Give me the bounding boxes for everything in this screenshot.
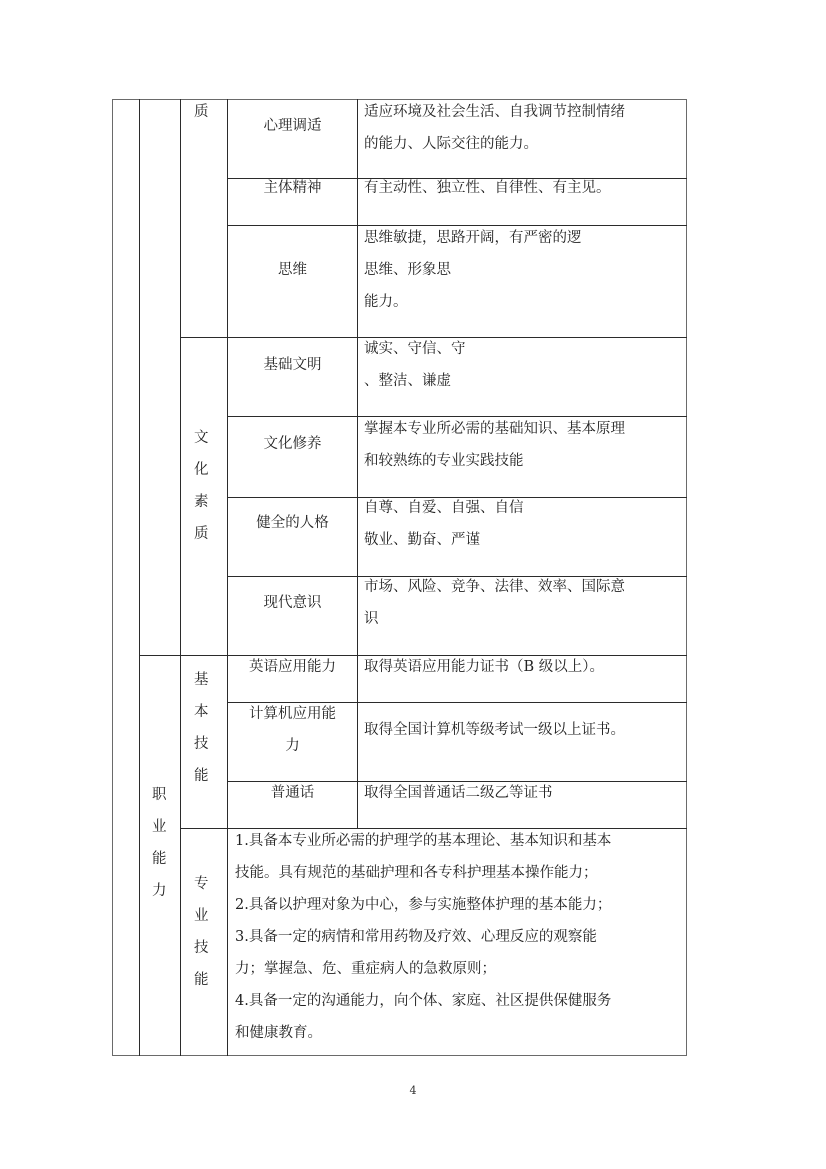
item-desc: 的能力、人际交往的能力。: [364, 128, 538, 160]
group-char: 业: [152, 811, 167, 843]
item-desc: 有主动性、独立性、自律性、有主见。: [364, 172, 611, 204]
category-char: 技: [194, 728, 209, 760]
category-char: 本: [194, 696, 209, 728]
col-divider-3: [227, 99, 228, 1056]
item-label: 计算机应用能: [228, 698, 357, 730]
table-bottom-border: [112, 1055, 687, 1056]
desc-line: 和健康教育。: [235, 1017, 322, 1049]
item-desc: 取得英语应用能力证书（B 级以上）。: [364, 651, 604, 683]
item-desc: 取得全国普通话二级乙等证书: [364, 777, 553, 809]
category-char: 质: [194, 518, 209, 550]
group-char: 能: [152, 843, 167, 875]
item-label: 力: [228, 730, 357, 762]
category-char: 能: [194, 760, 209, 792]
item-label: 心理调适: [228, 110, 357, 142]
item-desc: 能力。: [364, 286, 408, 318]
col-divider-1: [139, 99, 140, 1056]
group-char: 力: [152, 875, 167, 907]
item-desc: 思维敏捷，思路开阔，有严密的逻: [364, 222, 582, 254]
item-label: 英语应用能力: [228, 651, 357, 683]
document-page: 质 心理调适 适应环境及社会生活、自我调节控制情绪 的能力、人际交往的能力。 主…: [0, 0, 826, 1169]
desc-line: 3.具备一定的病情和常用药物及疗效、心理反应的观察能: [235, 921, 597, 953]
col-divider-2: [180, 99, 181, 1056]
category-char: 业: [194, 900, 209, 932]
item-desc: 识: [364, 603, 379, 635]
desc-line: 4.具备一定的沟通能力，向个体、家庭、社区提供保健服务: [235, 985, 611, 1017]
item-label: 健全的人格: [228, 507, 357, 539]
item-desc: 诚实、守信、守: [364, 333, 466, 365]
item-label: 现代意识: [228, 587, 357, 619]
item-desc: 敬业、勤奋、严谨: [364, 524, 480, 556]
item-desc: 取得全国计算机等级考试一级以上证书。: [364, 714, 625, 746]
item-label: 文化修养: [228, 428, 357, 460]
category-char: 化: [194, 454, 209, 486]
desc-line: 1.具备本专业所必需的护理学的基本理论、基本知识和基本: [235, 825, 611, 857]
table-left-border: [112, 99, 113, 1056]
category-char: 专: [194, 868, 209, 900]
category-char: 能: [194, 964, 209, 996]
category-char: 素: [194, 486, 209, 518]
item-label: 普通话: [228, 777, 357, 809]
item-desc: 自尊、自爱、自强、自信: [364, 492, 524, 524]
category-fragment: 质: [194, 96, 209, 128]
category-char: 文: [194, 422, 209, 454]
item-desc: 、整洁、谦虚: [364, 365, 451, 397]
item-desc: 和较熟练的专业实践技能: [364, 445, 524, 477]
item-label: 主体精神: [228, 172, 357, 204]
group-char: 职: [152, 779, 167, 811]
category-char: 基: [194, 664, 209, 696]
item-desc: 思维、形象思: [364, 254, 451, 286]
item-label: 基础文明: [228, 349, 357, 381]
item-desc: 适应环境及社会生活、自我调节控制情绪: [364, 96, 625, 128]
item-desc: 掌握本专业所必需的基础知识、基本原理: [364, 413, 625, 445]
item-desc: 市场、风险、竞争、法律、效率、国际意: [364, 571, 625, 603]
table-right-border: [686, 99, 687, 1056]
desc-line: 2.具备以护理对象为中心，参与实施整体护理的基本能力；: [235, 889, 611, 921]
item-label: 思维: [228, 254, 357, 286]
col-divider-4-upper: [357, 99, 358, 828]
page-number: 4: [400, 1084, 426, 1097]
category-char: 技: [194, 932, 209, 964]
desc-line: 技能。具有规范的基础护理和各专科护理基本操作能力；: [235, 857, 598, 889]
desc-line: 力；掌握急、危、重症病人的急救原则；: [235, 953, 496, 985]
